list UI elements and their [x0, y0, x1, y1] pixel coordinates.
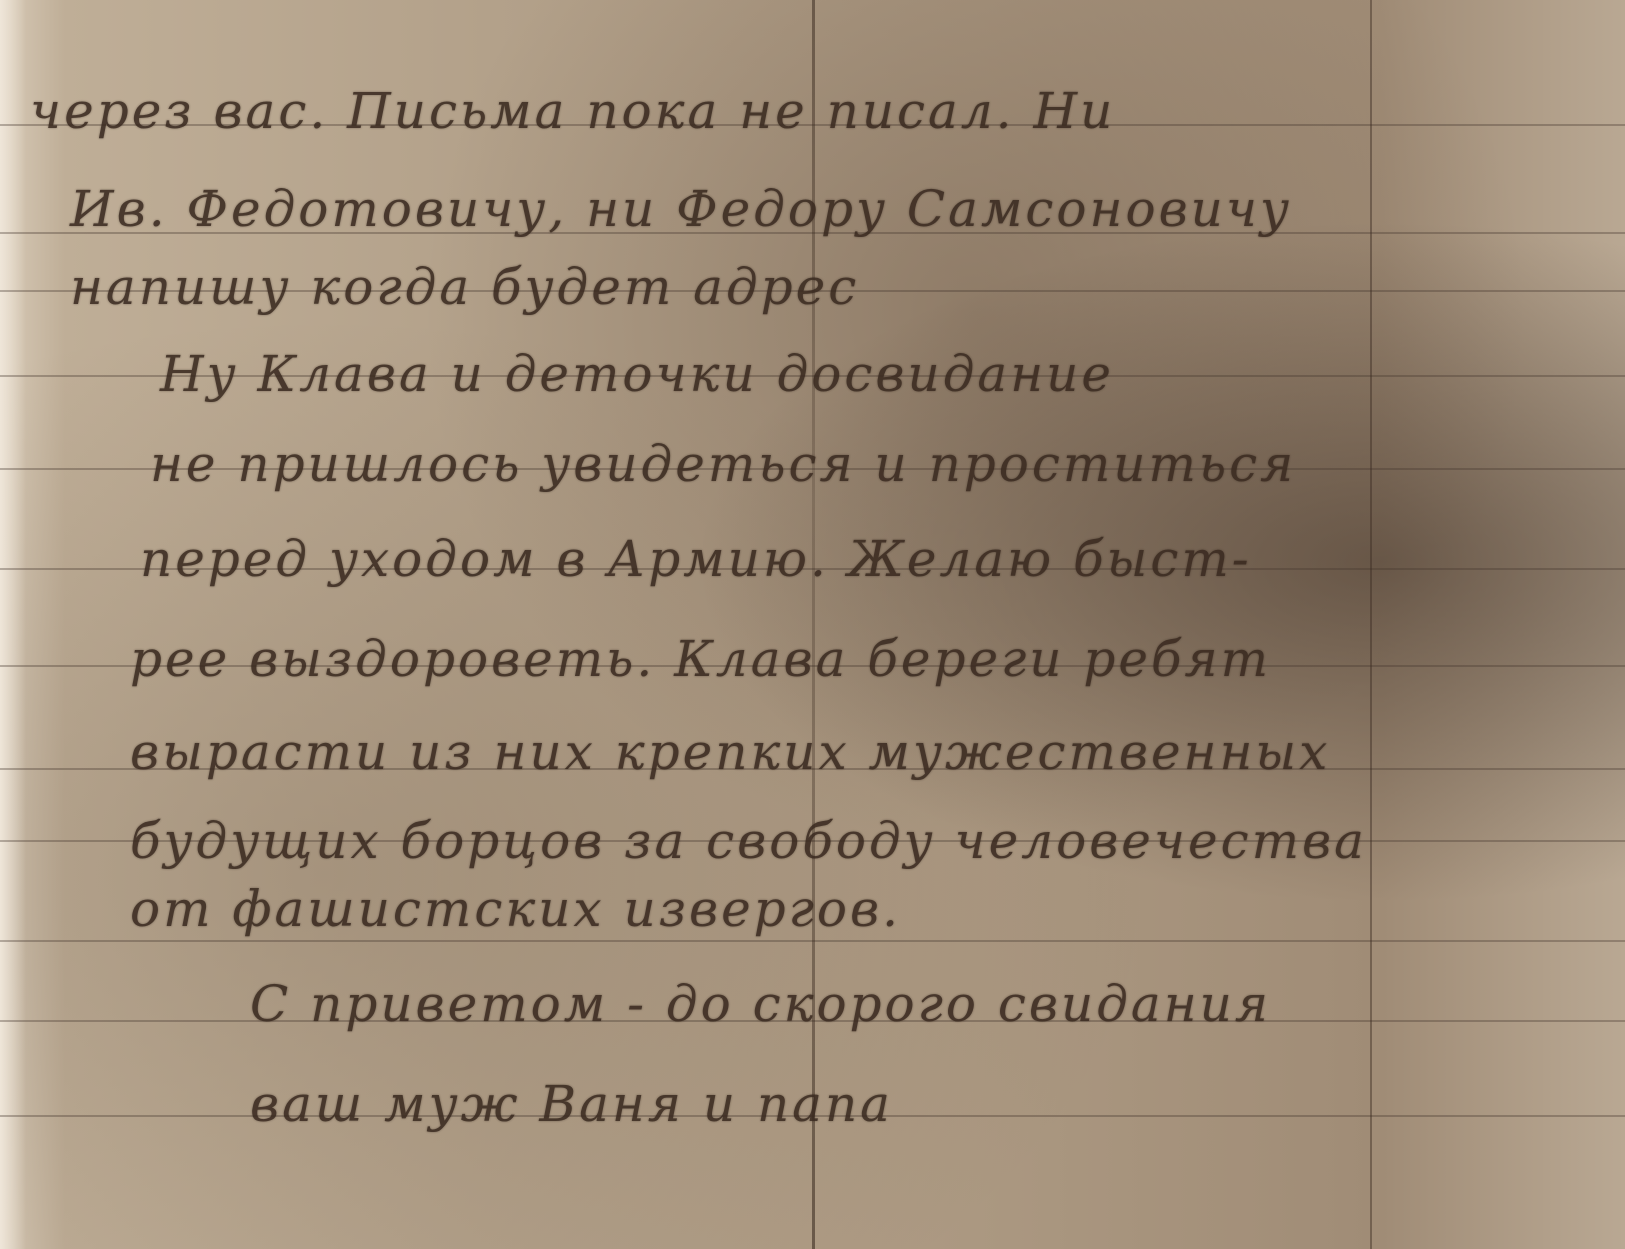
letter-line: вырасти из них крепких мужественных	[130, 723, 1330, 781]
paper-edge	[0, 0, 26, 1249]
letter-line: напишу когда будет адрес	[70, 258, 859, 316]
letter-line: перед уходом в Армию. Желаю быст-	[140, 530, 1252, 588]
letter-line: рее выздороветь. Клава береги ребят	[130, 630, 1271, 688]
letter-line: Ну Клава и деточки досвидание	[160, 345, 1114, 403]
letter-line: Ив. Федотовичу, ни Федору Самсоновичу	[70, 180, 1292, 238]
signature-line: ваш муж Ваня и папа	[250, 1075, 893, 1133]
letter-line: от фашистских извергов.	[130, 880, 901, 938]
letter-line: через вас. Письма пока не писал. Ни	[30, 82, 1115, 140]
letter-photograph: через вас. Письма пока не писал. Ни Ив. …	[0, 0, 1625, 1249]
letter-line: будущих борцов за свободу человечества	[130, 812, 1367, 870]
letter-line: не пришлось увидеться и проститься	[150, 435, 1296, 493]
letter-line: С приветом - до скорого свидания	[250, 975, 1271, 1033]
margin-line	[1370, 0, 1372, 1249]
